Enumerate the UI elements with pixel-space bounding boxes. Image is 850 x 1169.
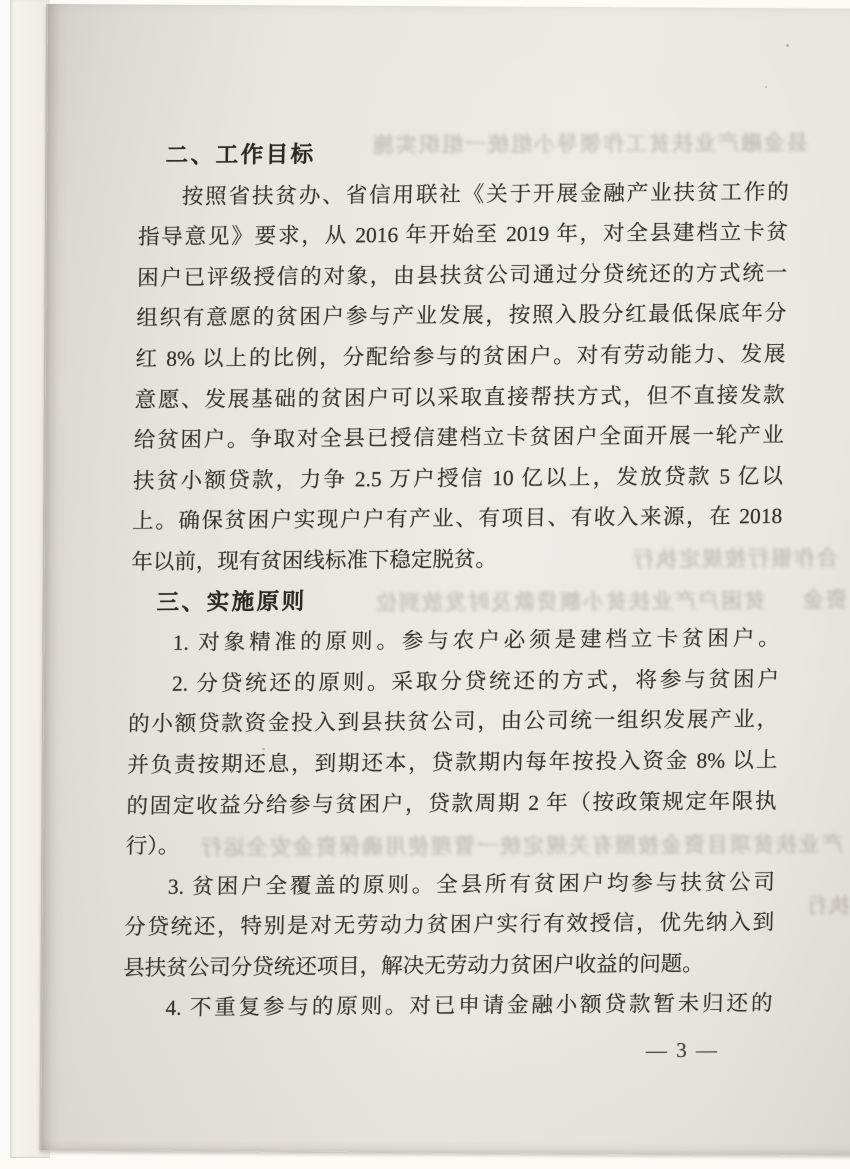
scan-speck (765, 86, 767, 88)
document-body: 二、工作目标 按照省扶贫办、省信用联社《关于开展金融产业扶贫工作的 指导意见》要… (122, 131, 790, 1029)
doc-line: 行）。 (125, 821, 776, 867)
doc-line: 组织有意愿的贫困户参与产业发展，按照入股分红最低保底年分 (136, 293, 787, 339)
doc-line: 的固定收益分给参与贫困户，贷款周期 2 年（按政策规定年限执 (126, 781, 777, 827)
doc-line: 年以前，现有贫困线标准下稳定脱贫。 (131, 537, 782, 583)
doc-line: 扶贫小额贷款，力争 2.5 万户授信 10 亿以上，发放贷款 5 亿以 (133, 456, 784, 502)
doc-line: 红 8% 以上的比例，分配给参与的贫困户。对有劳动能力、发展 (135, 334, 786, 380)
doc-line: 1. 对象精准的原则。参与农户必须是建档立卡贫困户。 (129, 618, 780, 664)
doc-line: 指导意见》要求，从 2016 年开始至 2019 年，对全县建档立卡贫 (138, 212, 789, 258)
doc-line: 分贷统还，特别是对无劳动力贫困户实行有效授信，优先纳入到 (124, 902, 775, 948)
doc-line: 2. 分贷统还的原则。采取分贷统还的方式，将参与贫困户 (129, 659, 780, 705)
scan-speck (786, 44, 789, 47)
doc-line: 上。确保贫困户实现户户有产业、有项目、有收入来源，在 2018 (132, 496, 783, 542)
doc-line: 困户已评级授信的对象，由县扶贫公司通过分贷统还的方式统一 (137, 253, 788, 299)
doc-line: 县扶贫公司分贷统还项目，解决无劳动力贫困户收益的问题。 (123, 943, 774, 989)
page-number: — 3 — (646, 1038, 719, 1064)
section-heading: 三、实施原则 (130, 578, 781, 624)
doc-line: 3. 贫困户全覆盖的原则。全县所有贫困户均参与扶贫公司 (125, 862, 776, 908)
section-heading: 二、工作目标 (139, 131, 790, 177)
doc-line: 按照省扶贫办、省信用联社《关于开展金融产业扶贫工作的 (138, 171, 789, 217)
doc-line: 的小额贷款资金投入到县扶贫公司，由公司统一组织发展产业， (128, 699, 779, 745)
doc-line: 意愿、发展基础的贫困户可以采取直接帮扶方式，但不直接发款 (134, 375, 785, 421)
doc-line: 并负责按期还息，到期还本，贷款期内每年按投入资金 8% 以上 (127, 740, 778, 786)
doc-line: 4. 不重复参与的原则。对已申请金融小额贷款暂未归还的 (122, 984, 773, 1030)
doc-line: 给贫困户。争取对全县已授信建档立卡贫困户全面开展一轮产业 (133, 415, 784, 461)
